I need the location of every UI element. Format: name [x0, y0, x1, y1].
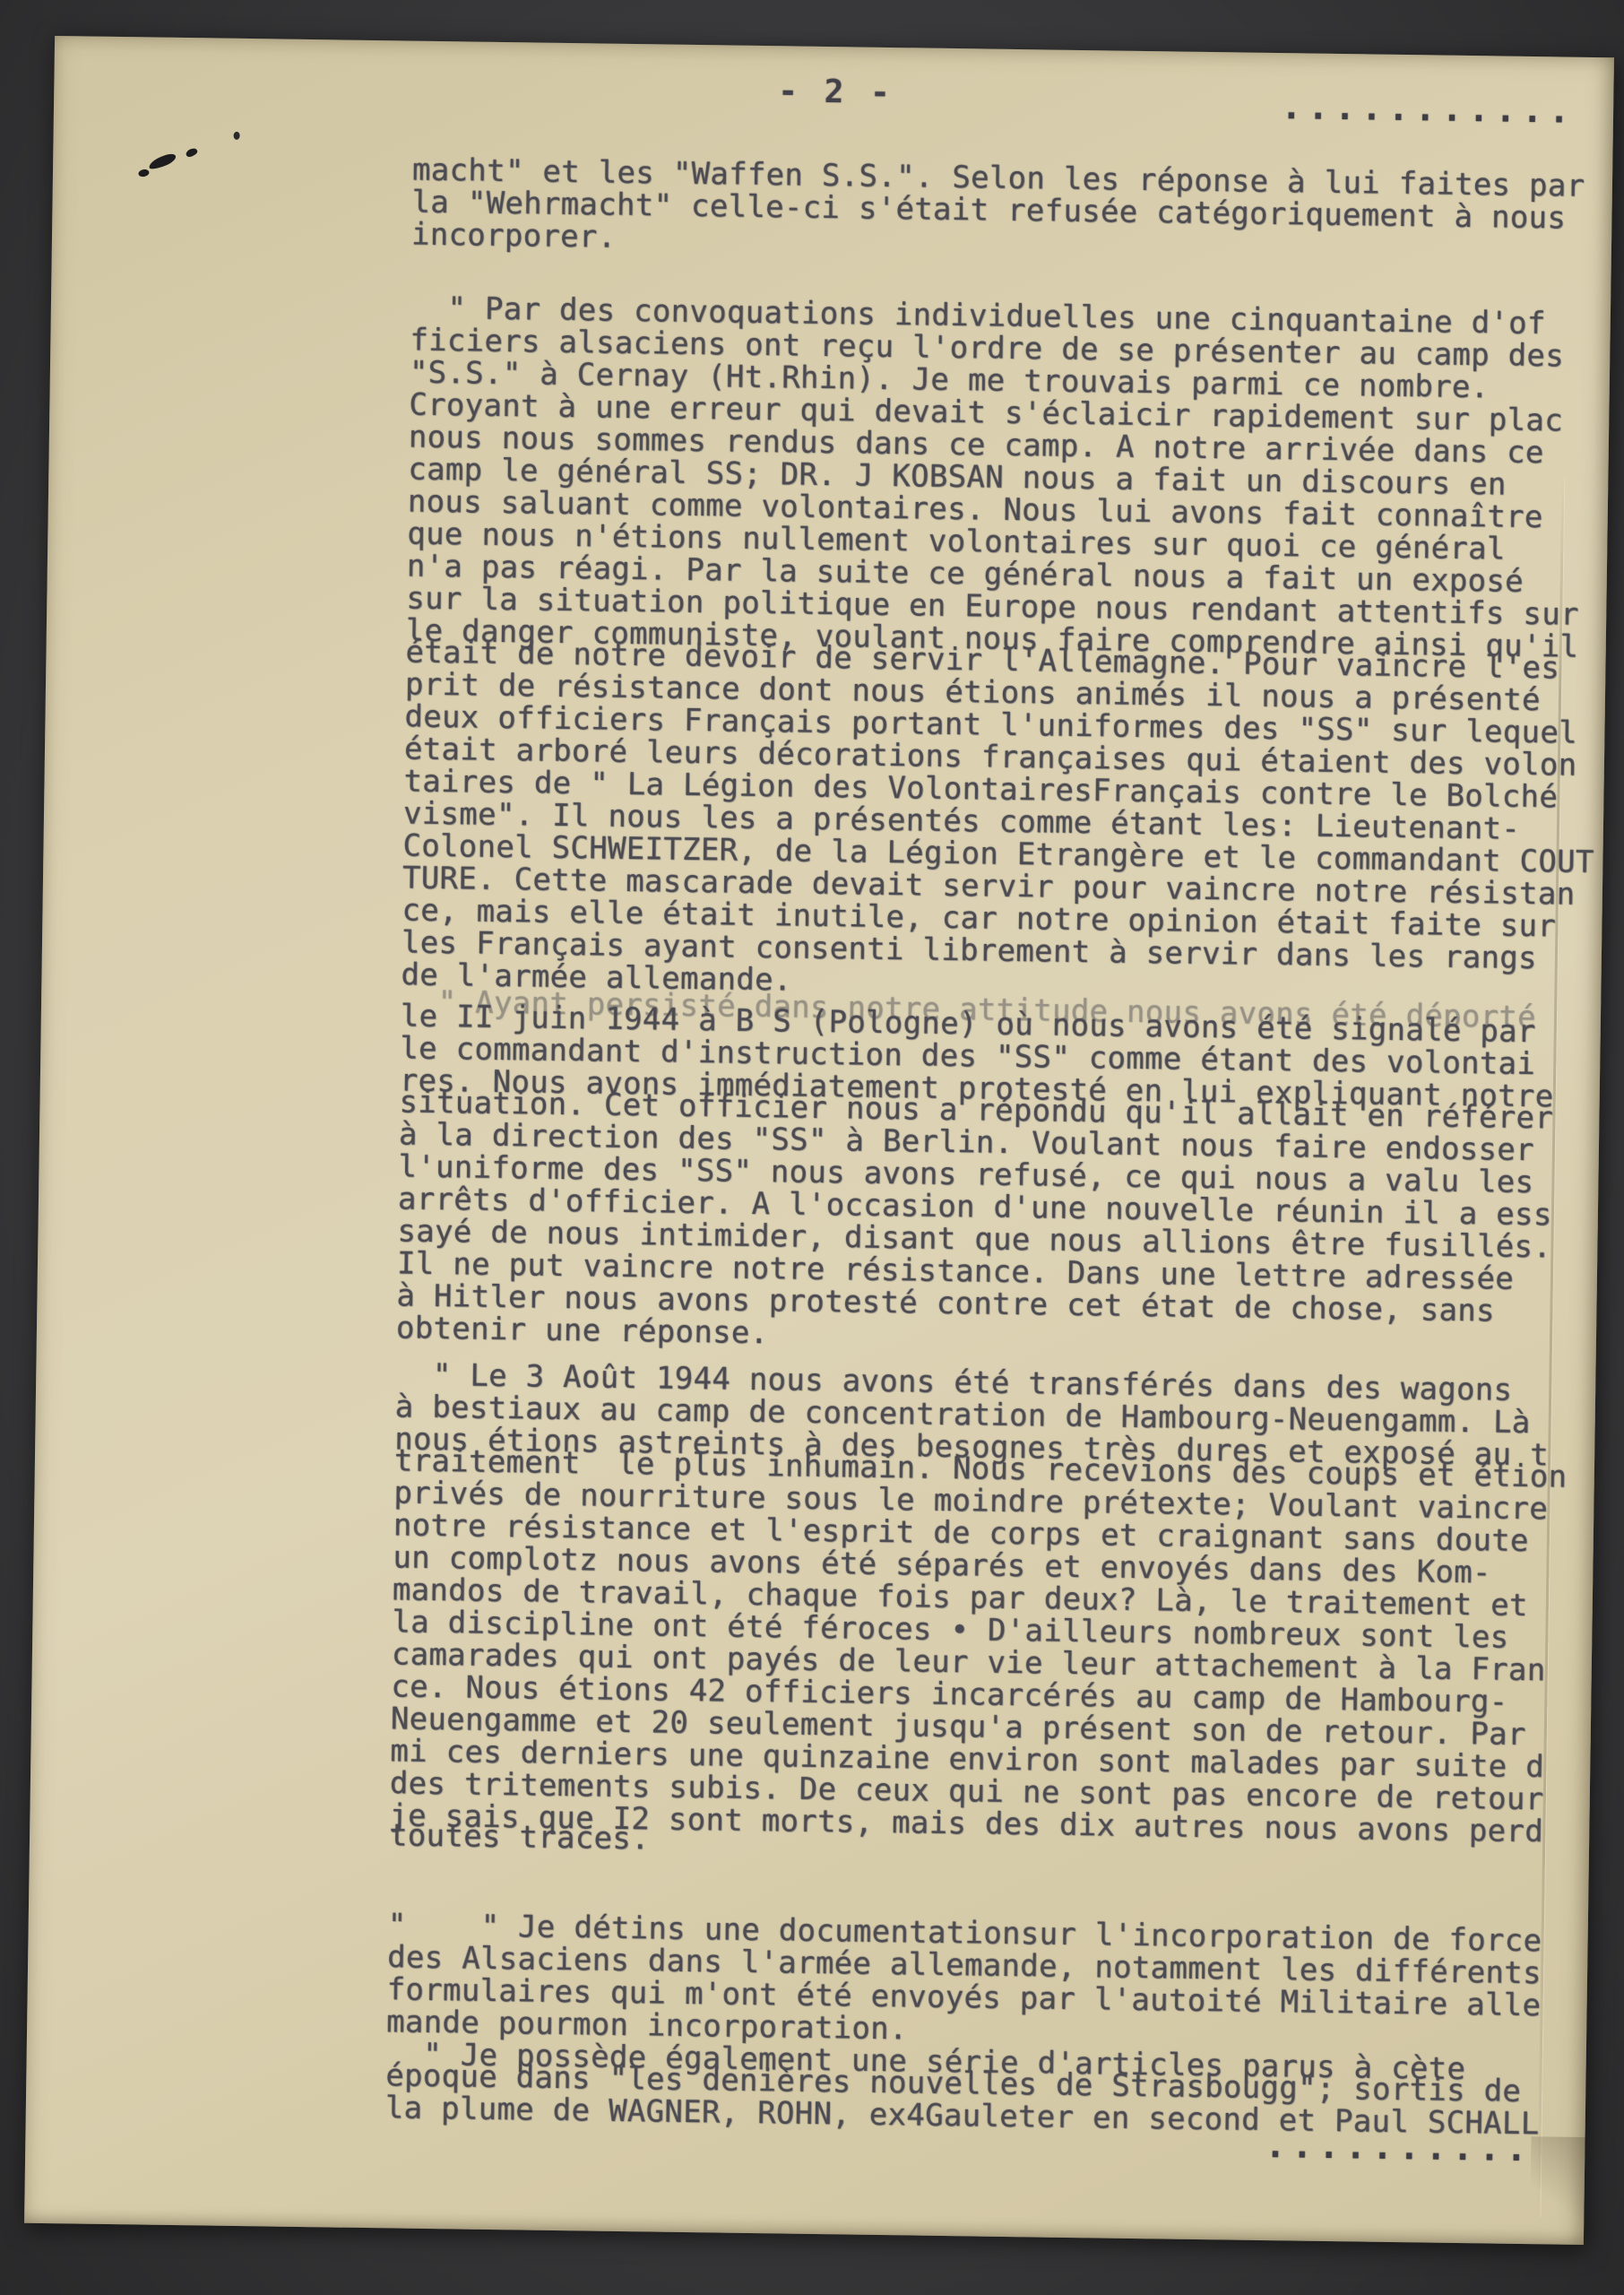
separator-dots-bottom: .......... [1265, 2126, 1533, 2169]
ink-speck [185, 146, 198, 158]
ink-speck [147, 152, 177, 171]
paper-fold-corner [1530, 2136, 1585, 2245]
paper-sheet: - 2 - ........... macht" et les "Waffen … [24, 36, 1614, 2245]
page-number: - 2 - [778, 73, 894, 111]
ink-speck [234, 132, 240, 140]
scanned-document-page: { "page": { "background_color": "#39393b… [0, 0, 1624, 2295]
typewritten-text-block: macht" et les "Waffen S.S.". Selon les r… [385, 154, 1613, 2141]
separator-dots-top: ........... [1281, 87, 1576, 131]
